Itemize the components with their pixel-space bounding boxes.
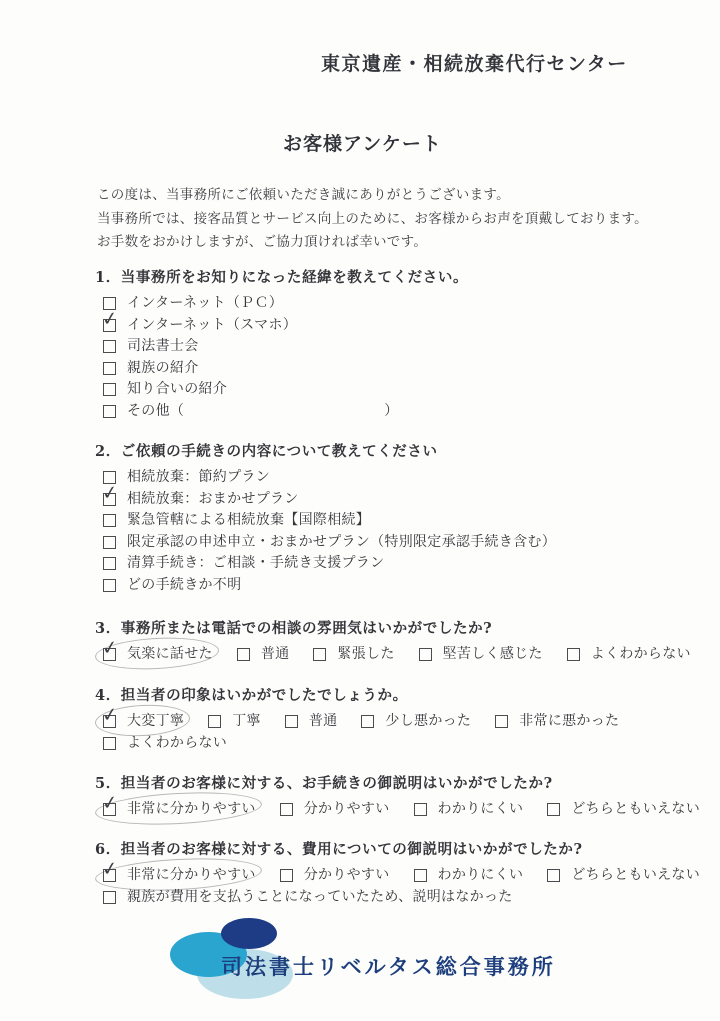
option-label: 清算手続き：ご相談・手続き支援プラン — [127, 553, 384, 574]
checkbox[interactable] — [103, 319, 116, 332]
option-label: 気楽に話せた — [127, 644, 213, 665]
question-3: 3．事務所または電話での相談の雰囲気はいかがでしたか? 気楽に話せた 普通 緊張… — [95, 619, 691, 666]
option-row: 相続放棄：節約プラン — [103, 467, 556, 489]
option-no-explanation-family-paid[interactable]: 親族が費用を支払うことになっていたため、説明はなかった — [103, 887, 513, 908]
option-label: わかりにくい — [438, 865, 524, 886]
option-row: 親族が費用を支払うことになっていたため、説明はなかった — [103, 887, 700, 909]
question-3-title: 3．事務所または電話での相談の雰囲気はいかがでしたか? — [95, 619, 691, 639]
question-2-title: 2．ご依頼の手続きの内容について教えてください — [95, 442, 556, 462]
option-label: 分かりやすい — [304, 865, 390, 886]
option-houki-setsuyaku-plan[interactable]: 相続放棄：節約プラン — [103, 467, 270, 488]
option-acquaintance-referral[interactable]: 知り合いの紹介 — [103, 379, 227, 400]
option-not-sure[interactable]: よくわからない — [567, 644, 691, 665]
option-polite[interactable]: 丁寧 — [208, 711, 261, 732]
option-row: 司法書士会 — [103, 336, 468, 358]
option-label: 非常に分かりやすい — [127, 865, 256, 886]
option-kinkyu-kankatsu-kokusai[interactable]: 緊急管轄による相続放棄【国際相続】 — [103, 510, 370, 531]
option-label: 分かりやすい — [304, 799, 390, 820]
intro-line-3: お手数をおかけしますが、ご協力頂ければ幸いです。 — [97, 231, 648, 255]
option-normal[interactable]: 普通 — [285, 711, 338, 732]
option-row: 親族の紹介 — [103, 358, 468, 380]
option-row: 相続放棄：おまかせプラン — [103, 489, 556, 511]
option-label: 親族の紹介 — [127, 358, 199, 379]
option-row: インターネット（スマホ） — [103, 315, 468, 337]
option-nervous[interactable]: 緊張した — [313, 644, 394, 665]
option-label: どの手続きか不明 — [127, 575, 241, 596]
option-internet-pc[interactable]: インターネット（ＰＣ） — [103, 293, 283, 314]
checkbox[interactable] — [208, 715, 221, 728]
option-label: よくわからない — [591, 644, 691, 665]
checkbox[interactable] — [103, 557, 116, 570]
checkbox[interactable] — [103, 803, 116, 816]
question-6: 6．担当者のお客様に対する、費用についての御説明はいかがでしたか? 非常に分かり… — [95, 840, 700, 908]
checkbox[interactable] — [103, 362, 116, 375]
option-row: 知り合いの紹介 — [103, 379, 468, 401]
org-name: 東京遺産・相続放棄代行センター — [321, 49, 628, 76]
option-label: どちらともいえない — [571, 865, 700, 886]
option-label: 堅苦しく感じた — [443, 644, 543, 665]
option-easy-to-understand[interactable]: 分かりやすい — [280, 865, 390, 886]
question-4-title: 4．担当者の印象はいかがでしたでしょうか。 — [95, 686, 619, 706]
checkbox[interactable] — [547, 869, 560, 882]
checkbox[interactable] — [103, 493, 116, 506]
question-1-title: 1．当事務所をお知りになった経緯を教えてください。 — [95, 268, 468, 288]
scanned-survey-page: 東京遺産・相続放棄代行センター お客様アンケート この度は、当事務所にご依頼いた… — [0, 0, 720, 1021]
option-label: 司法書士会 — [127, 336, 199, 357]
option-houki-omakase-plan[interactable]: 相続放棄：おまかせプラン — [103, 489, 299, 510]
option-row: 気楽に話せた 普通 緊張した 堅苦しく感じた よくわからない — [103, 644, 691, 666]
option-seisan-tetsuzuki-plan[interactable]: 清算手続き：ご相談・手続き支援プラン — [103, 553, 384, 574]
option-neither[interactable]: どちらともいえない — [547, 865, 700, 886]
option-label: 相続放棄：節約プラン — [127, 467, 270, 488]
option-label: 緊急管轄による相続放棄【国際相続】 — [127, 510, 370, 531]
option-label: 親族が費用を支払うことになっていたため、説明はなかった — [127, 887, 513, 908]
question-5: 5．担当者のお客様に対する、お手続きの御説明はいかがでしたか? 非常に分かりやす… — [95, 774, 700, 821]
option-label: 知り合いの紹介 — [127, 379, 227, 400]
option-other[interactable]: その他（ ） — [103, 401, 399, 422]
checkbox[interactable] — [414, 803, 427, 816]
checkbox[interactable] — [285, 715, 298, 728]
checkbox[interactable] — [567, 648, 580, 661]
checkbox[interactable] — [361, 715, 374, 728]
option-label: 普通 — [261, 644, 290, 665]
checkbox[interactable] — [103, 340, 116, 353]
option-relaxed-talk[interactable]: 気楽に話せた — [103, 644, 213, 665]
option-label: インターネット（ＰＣ） — [127, 293, 283, 314]
checkbox[interactable] — [495, 715, 508, 728]
checkbox[interactable] — [280, 869, 293, 882]
option-label-close-paren: ） — [384, 401, 398, 422]
logo-navy-ellipse-icon — [221, 918, 277, 949]
office-logo: 司法書士リベルタス総合事務所 — [170, 917, 600, 1007]
checkbox[interactable] — [547, 803, 560, 816]
option-row: よくわからない — [103, 733, 619, 755]
option-row: どの手続きか不明 — [103, 575, 556, 597]
checkbox[interactable] — [313, 648, 326, 661]
option-label: インターネット（スマホ） — [127, 315, 297, 336]
office-logo-text: 司法書士リベルタス総合事務所 — [221, 951, 556, 981]
option-label: わかりにくい — [438, 799, 524, 820]
option-row: 非常に分かりやすい 分かりやすい わかりにくい どちらともいえない — [103, 799, 700, 821]
option-gentei-shounin-plan[interactable]: 限定承認の申述申立・おまかせプラン（特別限定承認手続き含む） — [103, 532, 556, 553]
checkbox[interactable] — [103, 514, 116, 527]
option-label: どちらともいえない — [571, 799, 700, 820]
option-hard-to-understand[interactable]: わかりにくい — [414, 865, 524, 886]
option-label: 普通 — [309, 711, 338, 732]
option-label: 非常に分かりやすい — [127, 799, 256, 820]
question-6-title: 6．担当者のお客様に対する、費用についての御説明はいかがでしたか? — [95, 840, 700, 860]
option-judicial-scrivener-assoc[interactable]: 司法書士会 — [103, 336, 199, 357]
option-very-bad[interactable]: 非常に悪かった — [495, 711, 619, 732]
page-title: お客様アンケート — [283, 129, 442, 156]
question-1: 1．当事務所をお知りになった経緯を教えてください。 インターネット（ＰＣ） イン… — [95, 268, 468, 422]
option-very-polite[interactable]: 大変丁寧 — [103, 711, 184, 732]
checkbox[interactable] — [103, 891, 116, 904]
intro-line-2: 当事務所では、接客品質とサービス向上のために、お客様からお声を頂戴しております。 — [97, 208, 648, 232]
option-relative-referral[interactable]: 親族の紹介 — [103, 358, 199, 379]
option-label: 緊張した — [337, 644, 394, 665]
option-row: 限定承認の申述申立・おまかせプラン（特別限定承認手続き含む） — [103, 532, 556, 554]
question-4: 4．担当者の印象はいかがでしたでしょうか。 大変丁寧 丁寧 普通 少し悪かった … — [95, 686, 619, 754]
option-row: インターネット（ＰＣ） — [103, 293, 468, 315]
checkbox[interactable] — [103, 648, 116, 661]
checkbox[interactable] — [103, 536, 116, 549]
option-row: 非常に分かりやすい 分かりやすい わかりにくい どちらともいえない — [103, 865, 700, 887]
option-label: その他（ — [127, 401, 184, 422]
checkbox[interactable] — [414, 869, 427, 882]
checkbox[interactable] — [237, 648, 250, 661]
checkbox[interactable] — [419, 648, 432, 661]
option-internet-smartphone[interactable]: インターネット（スマホ） — [103, 315, 297, 336]
option-stiff[interactable]: 堅苦しく感じた — [419, 644, 543, 665]
intro-paragraph: この度は、当事務所にご依頼いただき誠にありがとうございます。 当事務所では、接客… — [97, 184, 648, 255]
checkbox[interactable] — [103, 715, 116, 728]
option-label: 大変丁寧 — [127, 711, 184, 732]
option-very-easy-to-understand[interactable]: 非常に分かりやすい — [103, 865, 256, 886]
option-label: 少し悪かった — [385, 711, 471, 732]
option-normal[interactable]: 普通 — [237, 644, 290, 665]
question-2: 2．ご依頼の手続きの内容について教えてください 相続放棄：節約プラン 相続放棄：… — [95, 442, 556, 596]
option-easy-to-understand[interactable]: 分かりやすい — [280, 799, 390, 820]
option-very-easy-to-understand[interactable]: 非常に分かりやすい — [103, 799, 256, 820]
option-label: 非常に悪かった — [519, 711, 619, 732]
checkbox[interactable] — [280, 803, 293, 816]
option-slightly-bad[interactable]: 少し悪かった — [361, 711, 471, 732]
option-label: よくわからない — [127, 733, 227, 754]
option-label: 丁寧 — [232, 711, 261, 732]
checkbox[interactable] — [103, 405, 116, 418]
option-row: その他（ ） — [103, 401, 468, 423]
option-hard-to-understand[interactable]: わかりにくい — [414, 799, 524, 820]
option-row: 大変丁寧 丁寧 普通 少し悪かった 非常に悪かった — [103, 711, 619, 733]
option-not-sure[interactable]: よくわからない — [103, 733, 227, 754]
option-label: 限定承認の申述申立・おまかせプラン（特別限定承認手続き含む） — [127, 532, 556, 553]
intro-line-1: この度は、当事務所にご依頼いただき誠にありがとうございます。 — [97, 184, 648, 208]
option-neither[interactable]: どちらともいえない — [547, 799, 700, 820]
question-5-title: 5．担当者のお客様に対する、お手続きの御説明はいかがでしたか? — [95, 774, 700, 794]
checkbox[interactable] — [103, 869, 116, 882]
option-row: 緊急管轄による相続放棄【国際相続】 — [103, 510, 556, 532]
checkbox[interactable] — [103, 737, 116, 750]
checkbox[interactable] — [103, 579, 116, 592]
option-row: 清算手続き：ご相談・手続き支援プラン — [103, 553, 556, 575]
option-procedure-unknown[interactable]: どの手続きか不明 — [103, 575, 241, 596]
option-label: 相続放棄：おまかせプラン — [127, 489, 299, 510]
checkbox[interactable] — [103, 383, 116, 396]
